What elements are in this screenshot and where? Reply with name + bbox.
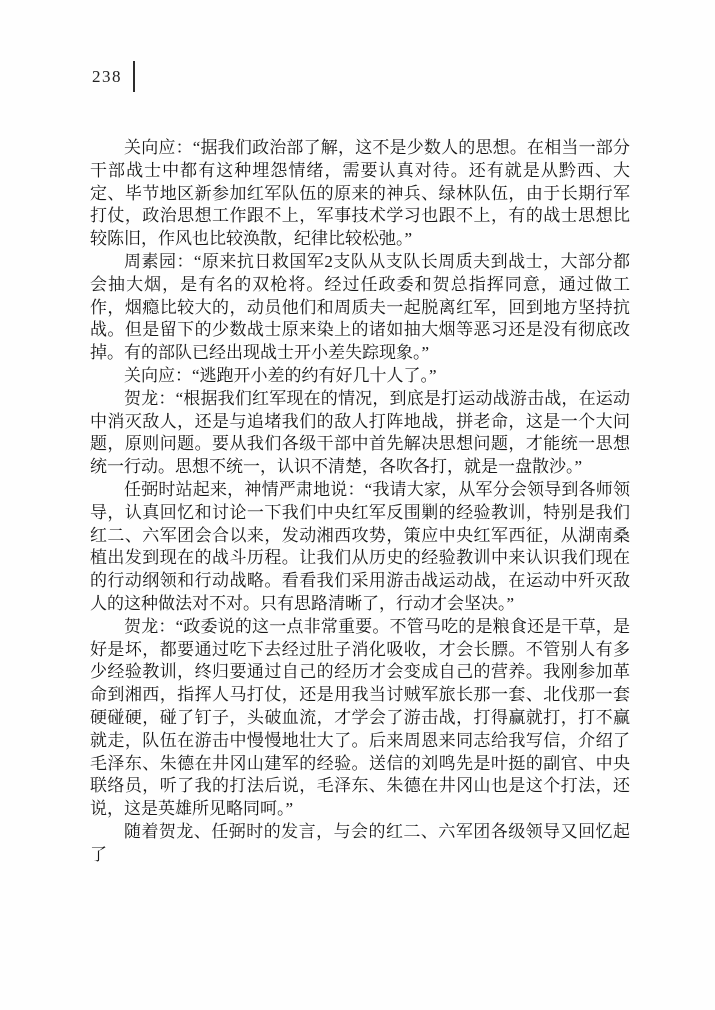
book-page: 238 关向应：“据我们政治部了解，这不是少数人的思想。在相当一部分干部战士中都… — [0, 0, 715, 1010]
page-number: 238 — [92, 67, 122, 87]
paragraph-zhou-suyuan: 周素园：“原来抗日救国军2支队从支队长周质夫到战士，大部分都会抽大烟，是有名的双… — [90, 251, 630, 365]
page-body-text: 关向应：“据我们政治部了解，这不是少数人的思想。在相当一部分干部战士中都有这种埋… — [90, 137, 630, 867]
paragraph-closing: 随着贺龙、任弼时的发言，与会的红二、六军团各级领导又回忆起了 — [90, 821, 630, 867]
paragraph-guan-xiangying-1: 关向应：“据我们政治部了解，这不是少数人的思想。在相当一部分干部战士中都有这种埋… — [90, 137, 630, 251]
paragraph-he-long-1: 贺龙：“根据我们红军现在的情况，到底是打运动战游击战，在运动中消灭敌人，还是与追… — [90, 388, 630, 479]
paragraph-ren-bishi: 任弼时站起来，神情严肃地说：“我请大家，从军分会领导到各师领导，认真回忆和讨论一… — [90, 479, 630, 616]
paragraph-guan-xiangying-2: 关向应：“逃跑开小差的约有好几十人了。” — [90, 365, 630, 388]
page-header: 238 — [92, 61, 135, 92]
page-number-divider — [133, 61, 135, 92]
paragraph-he-long-2: 贺龙：“政委说的这一点非常重要。不管马吃的是粮食还是干草，是好是坏，都要通过吃下… — [90, 616, 630, 821]
